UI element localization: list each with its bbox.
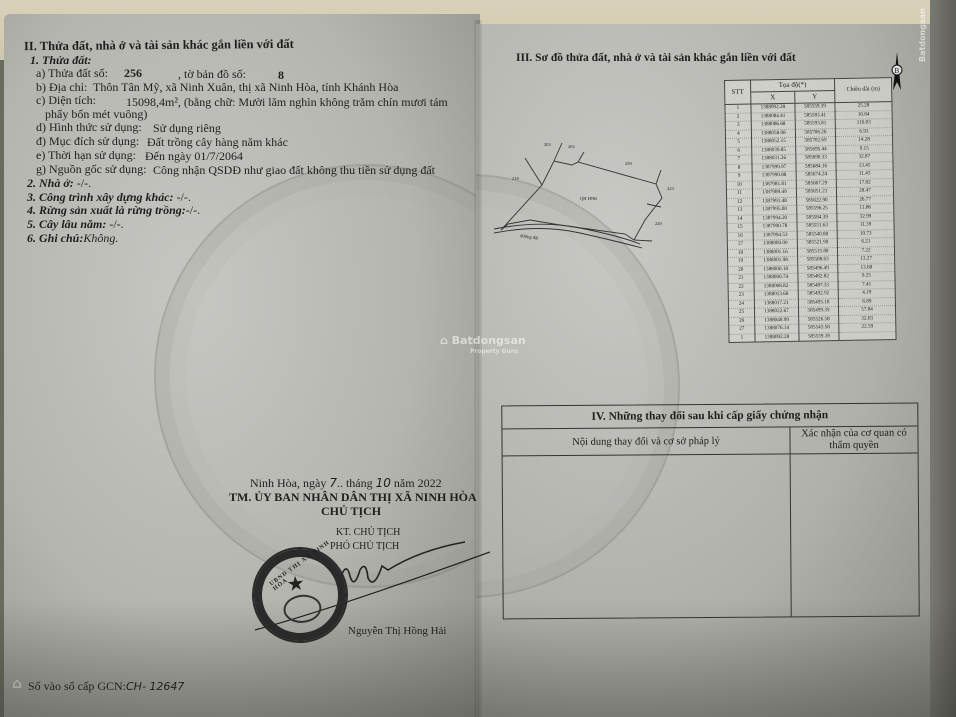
svg-text:202: 202 [568, 144, 575, 149]
parcel-number-label: a) Thửa đất số: [36, 66, 108, 81]
place-date: Ninh Hòa, ngày 7.. tháng 10 năm 2022 [250, 476, 442, 491]
watermark-corner-icon: ⌂ [12, 676, 22, 692]
col-stt: STT [725, 80, 751, 104]
parcel-number-value: 256 [124, 66, 142, 81]
svg-text:203: 203 [544, 142, 552, 147]
svg-text:đường đất: đường đất [520, 233, 539, 241]
kt-label: KT. CHỦ TỊCH [336, 527, 400, 538]
address-value: Thôn Tân Mỹ, xã Ninh Xuân, thị xã Ninh H… [93, 80, 398, 95]
col-length: Chiều dài (m) [835, 78, 892, 103]
coordinate-table: STT Tọa độ(*) Chiều dài (m) X Y 11388092… [724, 77, 897, 343]
svg-text:218: 218 [512, 176, 520, 181]
usage-form-label: d) Hình thức sử dụng: [36, 120, 142, 135]
svg-text:QH HNK: QH HNK [580, 196, 598, 201]
col-x: X [751, 91, 795, 104]
perennial-label: 5. Cây lâu năm: -/-. [27, 217, 124, 232]
note-label: 6. Ghi chú:Không. [27, 231, 118, 246]
issuing-org: TM. ỦY BAN NHÂN DÂN THỊ XÃ NINH HÒA [229, 490, 477, 505]
watermark-icon: ⌂ [440, 334, 448, 347]
origin-value: Công nhận QSDĐ như giao đất không thu ti… [153, 163, 435, 178]
emblem-icon [282, 593, 323, 625]
registry-number: Số vào sổ cấp GCN:CH- 12647 [28, 679, 184, 694]
svg-text:259: 259 [625, 161, 633, 166]
watermark-tagline: Property Guru [470, 348, 518, 355]
svg-text:220: 220 [655, 221, 663, 226]
usage-term-value: Đến ngày 01/7/2064 [145, 149, 243, 164]
usage-purpose-value: Đất trồng cây hàng năm khác [147, 135, 288, 150]
issuing-role: CHỦ TỊCH [321, 504, 381, 519]
watermark-side: Batdongsan [918, 8, 927, 62]
area-label: c) Diện tích: [36, 93, 96, 108]
changes-content-header: Nội dung thay đổi và cơ sở pháp lý [502, 427, 790, 455]
watermark-logo: ⌂ Batdongsan [440, 334, 526, 347]
usage-form-value: Sử dụng riêng [153, 121, 221, 136]
parcel-sketch-map: 203 202 259 223 218 220 QH HNK đường đất [480, 140, 680, 250]
svg-text:223: 223 [667, 186, 675, 191]
forest-label: 4. Rừng sản xuất là rừng trồng:-/-. [27, 203, 200, 218]
changes-table: IV. Những thay đổi sau khi cấp giấy chứn… [501, 403, 919, 620]
page-edge [930, 0, 956, 717]
col-y: Y [795, 91, 835, 104]
house-label: 2. Nhà ở: -/-. [27, 176, 91, 191]
origin-label: g) Nguồn gốc sử dụng: [36, 162, 147, 177]
usage-purpose-label: đ) Mục đích sử dụng: [36, 134, 139, 149]
section-iv-title: IV. Những thay đổi sau khi cấp giấy chứn… [502, 404, 917, 430]
section-ii-title: II. Thửa đất, nhà ở và tài sản khác gắn … [24, 37, 294, 54]
changes-content-cell [503, 454, 792, 618]
section-iii-title: III. Sơ đồ thửa đất, nhà ở và tài sản kh… [516, 52, 796, 64]
signer-name: Nguyễn Thị Hồng Hải [348, 625, 446, 637]
svg-text:B: B [895, 67, 900, 75]
usage-term-label: e) Thời hạn sử dụng: [36, 148, 136, 163]
star-icon: ★ [286, 571, 306, 598]
authority-confirm-header: Xác nhận của cơ quan có thẩm quyền [790, 427, 917, 454]
area-value: 15098,4m², (bằng chữ: Mười lăm nghìn khô… [126, 95, 448, 110]
drum-pattern [154, 164, 480, 588]
